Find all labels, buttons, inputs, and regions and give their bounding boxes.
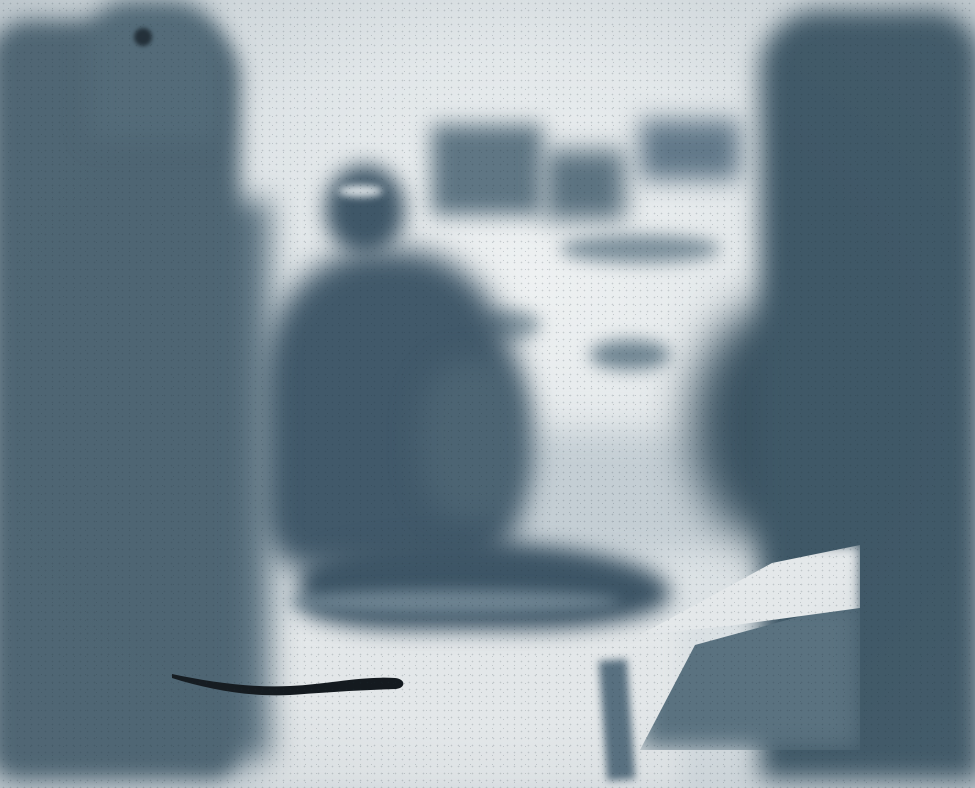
left-column-top: [90, 0, 220, 140]
dark-spot: [134, 28, 152, 46]
seated-figure-head: [325, 165, 405, 255]
seated-figure-highlight: [338, 185, 383, 197]
blurred-interior-painting: [0, 0, 975, 788]
background-object: [590, 340, 670, 370]
background-object: [560, 235, 720, 263]
seated-figure-arm: [420, 360, 530, 520]
background-object: [640, 120, 740, 180]
background-object: [545, 150, 625, 220]
background-object: [432, 125, 542, 215]
table-under-edge: [290, 590, 620, 614]
brush-stroke: [170, 668, 408, 698]
